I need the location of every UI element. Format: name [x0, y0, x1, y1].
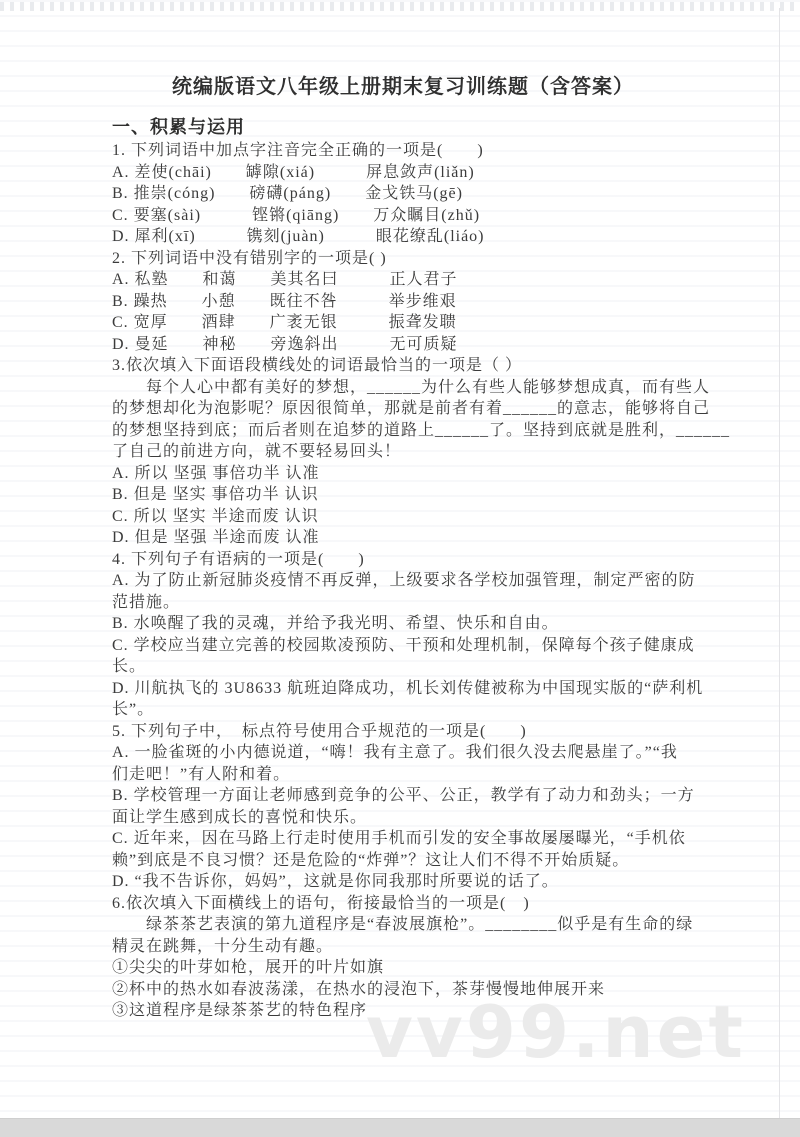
- document-content: 统编版语文八年级上册期末复习训练题（含答案） 一、积累与运用 1. 下列词语中加…: [112, 74, 694, 1022]
- doc-line: A. 一脸雀斑的小内德说道，“嗨！我有主意了。我们很久没去爬悬崖了。”“我: [112, 742, 694, 764]
- doc-line: 面让学生感到成长的喜悦和快乐。: [112, 807, 694, 829]
- doc-line: 长。: [112, 656, 694, 678]
- doc-line: C. 宽厚 酒肆 广袤无银 振聋发聩: [112, 312, 694, 334]
- doc-line: 的梦想却化为泡影呢？原因很简单，那就是前者有着______的意志，能够将自己: [112, 398, 694, 420]
- doc-line: A. 差使(chāi) 罅隙(xiá) 屏息敛声(liǎn): [112, 162, 694, 184]
- doc-line: B. 躁热 小憩 既往不咎 举步维艰: [112, 291, 694, 313]
- doc-line: A. 为了防止新冠肺炎疫情不再反弹，上级要求各学校加强管理，制定严密的防: [112, 570, 694, 592]
- doc-line: 精灵在跳舞，十分生动有趣。: [112, 936, 694, 958]
- doc-line: C. 近年来，因在马路上行走时使用手机而引发的安全事故屡屡曝光，“手机依: [112, 828, 694, 850]
- doc-line: C. 学校应当建立完善的校园欺凌预防、干预和处理机制，保障每个孩子健康成: [112, 635, 694, 657]
- doc-line: D. 犀利(xī) 镌刻(juàn) 眼花缭乱(liáo): [112, 226, 694, 248]
- doc-line: 范措施。: [112, 592, 694, 614]
- top-perforation: [0, 2, 800, 11]
- doc-line: B. 推崇(cóng) 磅礴(páng) 金戈铁马(gē): [112, 183, 694, 205]
- doc-line: D. “我不告诉你，妈妈”，这就是你同我那时所要说的话了。: [112, 871, 694, 893]
- doc-line: 长”。: [112, 699, 694, 721]
- doc-line: D. 川航执飞的 3U8633 航班迫降成功，机长刘传健被称为中国现实版的“萨利…: [112, 678, 694, 700]
- doc-line: ①尖尖的叶芽如枪，展开的叶片如旗: [112, 957, 694, 979]
- doc-line: 6.依次填入下面横线上的语句，衔接最恰当的一项是( ): [112, 893, 694, 915]
- doc-line: 5. 下列句子中， 标点符号使用合乎规范的一项是( ): [112, 721, 694, 743]
- document-page: 统编版语文八年级上册期末复习训练题（含答案） 一、积累与运用 1. 下列词语中加…: [0, 0, 800, 1137]
- doc-line: 每个人心中都有美好的梦想，______为什么有些人能够梦想成真，而有些人: [112, 377, 694, 399]
- doc-line: 3.依次填入下面语段横线处的词语最恰当的一项是（ ）: [112, 355, 694, 377]
- doc-line: 绿茶茶艺表演的第九道程序是“春波展旗枪”。________似乎是有生命的绿: [112, 914, 694, 936]
- doc-line: 赖”到底是不良习惯？还是危险的“炸弹”？这让人们不得不开始质疑。: [112, 850, 694, 872]
- page-right-edge: [779, 8, 780, 1119]
- doc-line: 的梦想坚持到底；而后者则在追梦的道路上______了。坚持到底就是胜利，____…: [112, 420, 694, 442]
- doc-line: A. 私塾 和蔼 美其名曰 正人君子: [112, 269, 694, 291]
- document-lines: 1. 下列词语中加点字注音完全正确的一项是( )A. 差使(chāi) 罅隙(x…: [112, 140, 694, 1022]
- doc-line: C. 要塞(sài) 铿锵(qiāng) 万众瞩目(zhǔ): [112, 205, 694, 227]
- doc-line: D. 曼延 神秘 旁逸斜出 无可质疑: [112, 334, 694, 356]
- document-title: 统编版语文八年级上册期末复习训练题（含答案）: [112, 74, 694, 100]
- doc-line: 了自己的前进方向，就不要轻易回头！: [112, 441, 694, 463]
- doc-line: C. 所以 坚实 半途而废 认识: [112, 506, 694, 528]
- doc-line: D. 但是 坚强 半途而废 认准: [112, 527, 694, 549]
- doc-line: B. 但是 坚实 事倍功半 认识: [112, 484, 694, 506]
- doc-line: B. 学校管理一方面让老师感到竞争的公平、公正，教学有了动力和劲头；一方: [112, 785, 694, 807]
- bottom-bar: [0, 1118, 800, 1137]
- doc-line: 4. 下列句子有语病的一项是( ): [112, 549, 694, 571]
- doc-line: B. 水唤醒了我的灵魂，并给予我光明、希望、快乐和自由。: [112, 613, 694, 635]
- doc-line: A. 所以 坚强 事倍功半 认准: [112, 463, 694, 485]
- doc-line: 们走吧！”有人附和着。: [112, 764, 694, 786]
- watermark: vv99.net: [366, 990, 746, 1074]
- doc-line: 1. 下列词语中加点字注音完全正确的一项是( ): [112, 140, 694, 162]
- section-heading: 一、积累与运用: [112, 116, 694, 138]
- doc-line: 2. 下列词语中没有错别字的一项是( ): [112, 248, 694, 270]
